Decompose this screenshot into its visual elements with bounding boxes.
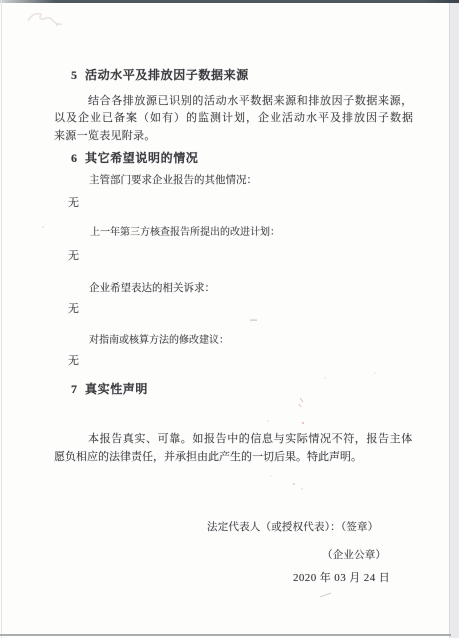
scanned-report-page: 5活动水平及排放因子数据来源 结合各排放源已识别的活动水平数据来源和排放因子数据… bbox=[0, 0, 459, 638]
paragraph-line: 来源一览表见附录。 bbox=[54, 130, 156, 142]
section-title: 活动水平及排放因子数据来源 bbox=[85, 68, 249, 82]
declaration-line: 本报告真实、可靠。如报告中的信息与实际情况不符，报告主体 bbox=[88, 433, 413, 445]
item-prompt: 上一年第三方核查报告所提出的改进计划： bbox=[90, 227, 280, 238]
item-answer: 无 bbox=[68, 197, 79, 209]
section-7-heading: 7真实性声明 bbox=[71, 383, 148, 396]
item-answer: 无 bbox=[68, 250, 79, 262]
section-5-heading: 5活动水平及排放因子数据来源 bbox=[71, 69, 249, 82]
section-title: 其它希望说明的情况 bbox=[85, 151, 198, 165]
section-title: 真实性声明 bbox=[85, 382, 148, 396]
item-prompt: 主管部门要求企业报告的其他情况： bbox=[89, 175, 257, 187]
scan-left-edge bbox=[1, 0, 2, 638]
section-6-heading: 6其它希望说明的情况 bbox=[71, 152, 198, 165]
section-number: 7 bbox=[71, 383, 77, 396]
scan-right-gutter bbox=[449, 3, 459, 638]
scan-top-edge bbox=[0, 0, 459, 3]
paragraph-line: 以及企业已备案（如有）的监测计划，企业活动水平及排放因子数据 bbox=[54, 112, 414, 124]
date-line: 2020 年 03 月 24 日 bbox=[293, 572, 390, 584]
section-number: 6 bbox=[71, 152, 77, 165]
company-seal-line: （企业公章） bbox=[322, 550, 386, 562]
scan-bottom-edge bbox=[0, 634, 451, 636]
section-number: 5 bbox=[71, 69, 77, 82]
declaration-line: 愿负相应的法律责任，并承担由此产生的一切后果。特此声明。 bbox=[54, 451, 362, 463]
item-prompt: 对指南或核算方法的修改建议： bbox=[89, 335, 229, 346]
item-answer: 无 bbox=[68, 303, 79, 315]
legal-representative-line: 法定代表人（或授权代表）：（签章） bbox=[207, 522, 378, 534]
item-answer: 无 bbox=[68, 355, 79, 367]
item-prompt: 企业希望表达的相关诉求： bbox=[89, 283, 215, 295]
paragraph-line: 结合各排放源已识别的活动水平数据来源和排放因子数据来源， bbox=[88, 95, 413, 107]
